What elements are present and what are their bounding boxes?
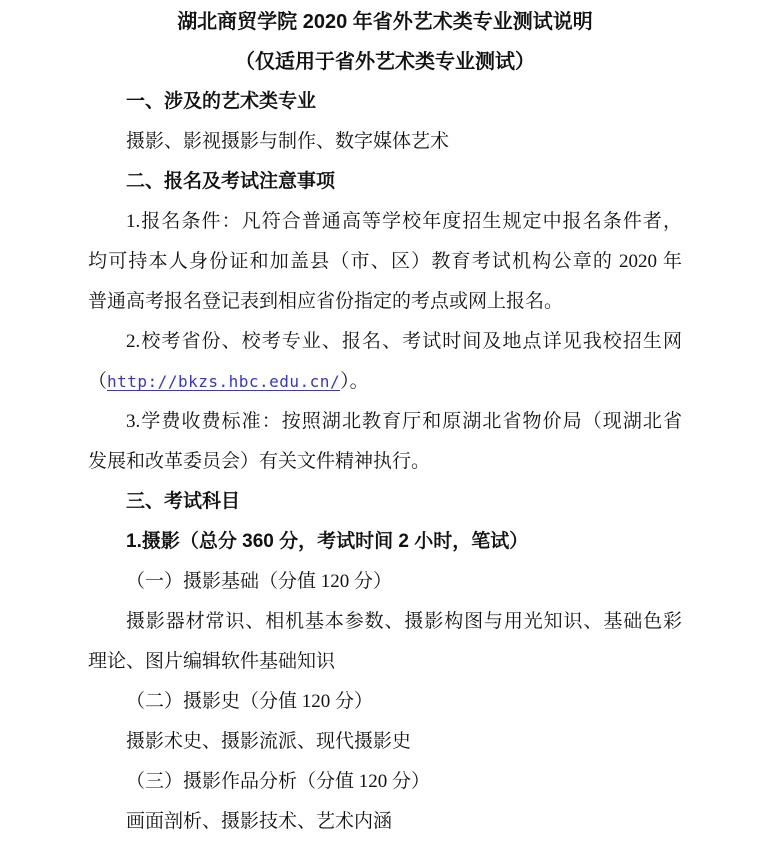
photography-part-1-title: （一）摄影基础（分值 120 分） [88, 562, 682, 602]
link-prefix: （ [88, 371, 107, 392]
photography-part-3-title: （三）摄影作品分析（分值 120 分） [88, 762, 682, 802]
admissions-website-link[interactable]: http://bkzs.hbc.edu.cn/ [107, 372, 340, 391]
registration-conditions-line-2: 均可持本人身份证和加盖县（市、区）教育考试机构公章的 2020 年 [88, 242, 682, 282]
registration-conditions-line-3: 普通高考报名登记表到相应省份指定的考点或网上报名。 [88, 282, 682, 322]
tuition-standard-line-1: 3.学费收费标准：按照湖北教育厅和原湖北省物价局（现湖北省 [88, 402, 682, 442]
exam-info-line: 2.校考省份、校考专业、报名、考试时间及地点详见我校招生网 [88, 322, 682, 362]
registration-conditions-line-1: 1.报名条件：凡符合普通高等学校年度招生规定中报名条件者， [88, 202, 682, 242]
section-1-heading: 一、涉及的艺术类专业 [88, 82, 682, 122]
photography-part-1-content-line-1: 摄影器材常识、相机基本参数、摄影构图与用光知识、基础色彩 [88, 602, 682, 642]
website-line: （http://bkzs.hbc.edu.cn/）。 [88, 362, 682, 402]
section-2-heading: 二、报名及考试注意事项 [88, 162, 682, 202]
photography-part-2-content: 摄影术史、摄影流派、现代摄影史 [88, 722, 682, 762]
document-title: 湖北商贸学院 2020 年省外艺术类专业测试说明 [88, 2, 682, 42]
link-suffix: ）。 [340, 371, 369, 392]
tuition-standard-line-2: 发展和改革委员会）有关文件精神执行。 [88, 442, 682, 482]
document-subtitle: （仅适用于省外艺术类专业测试） [88, 42, 682, 82]
document-page: 湖北商贸学院 2020 年省外艺术类专业测试说明 （仅适用于省外艺术类专业测试）… [0, 0, 770, 843]
photography-part-1-content-line-2: 理论、图片编辑软件基础知识 [88, 642, 682, 682]
section-1-majors-list: 摄影、影视摄影与制作、数字媒体艺术 [88, 122, 682, 162]
photography-subject-heading: 1.摄影（总分 360 分，考试时间 2 小时，笔试） [88, 522, 682, 562]
photography-part-2-title: （二）摄影史（分值 120 分） [88, 682, 682, 722]
photography-part-3-content: 画面剖析、摄影技术、艺术内涵 [88, 802, 682, 842]
section-3-heading: 三、考试科目 [88, 482, 682, 522]
